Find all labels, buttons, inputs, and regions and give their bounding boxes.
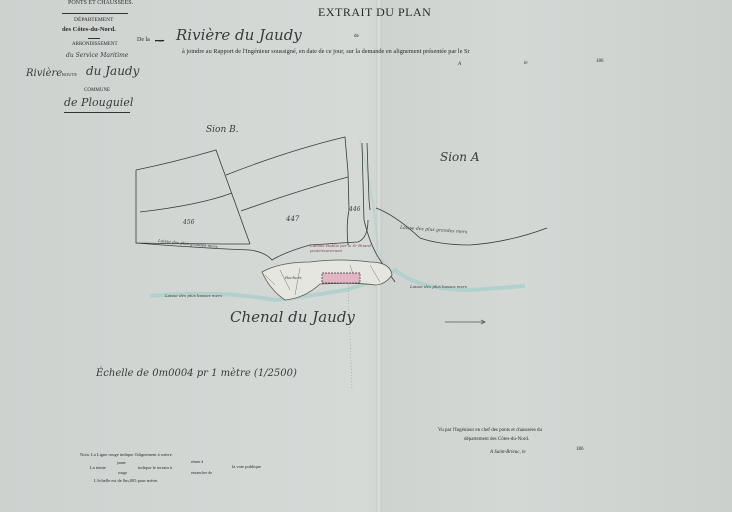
channel-label: Chenal du Jaudy [230, 308, 355, 326]
nota-line: Nota. La Ligne rouge indique l'alignemen… [80, 452, 173, 457]
cabin-note: Cabane établie par le Sr Briand postérie… [310, 243, 380, 253]
map-drawing [0, 0, 732, 512]
parcel-447: 447 [286, 215, 299, 223]
jaune-label: jaune [117, 460, 126, 465]
indique-label: indique le terrain à [138, 465, 172, 470]
section-b-label: Sion B. [206, 125, 239, 135]
signature-line-2: département des Côtes-du-Nord. [464, 437, 529, 442]
echelle-note: L'échelle est de 0m,005 pour mètre. [94, 478, 158, 483]
rouge-label: rouge [118, 470, 127, 475]
parcel-446: 446 [349, 206, 360, 213]
pink-area [322, 273, 360, 283]
parcel-456: 456 [183, 219, 194, 226]
map-document: PONTS ET CHAUSSÉES. DÉPARTEMENT des Côte… [0, 0, 732, 512]
retrancher-label: retrancher de [191, 470, 212, 475]
section-a-label: Sion A [440, 150, 480, 164]
low-tide-left: Laisse des plus basses mers [165, 293, 222, 298]
low-tide-right: Laisse des plus basses mers [410, 284, 467, 289]
scale-label: Échelle de 0m0004 pr 1 mètre (1/2500) [96, 368, 297, 379]
signature-year: 186 [576, 447, 584, 452]
rocks-label: Rochers [285, 275, 302, 280]
signature-line-1: Vu par l'Ingénieur en chef des ponts et … [438, 428, 542, 433]
signature-place: A Saint-Brieuc, le [490, 450, 526, 455]
voie-label: la voie publique [232, 464, 261, 469]
teinte-label: La teinte [90, 465, 106, 470]
reunir-label: réunir à [191, 459, 203, 464]
